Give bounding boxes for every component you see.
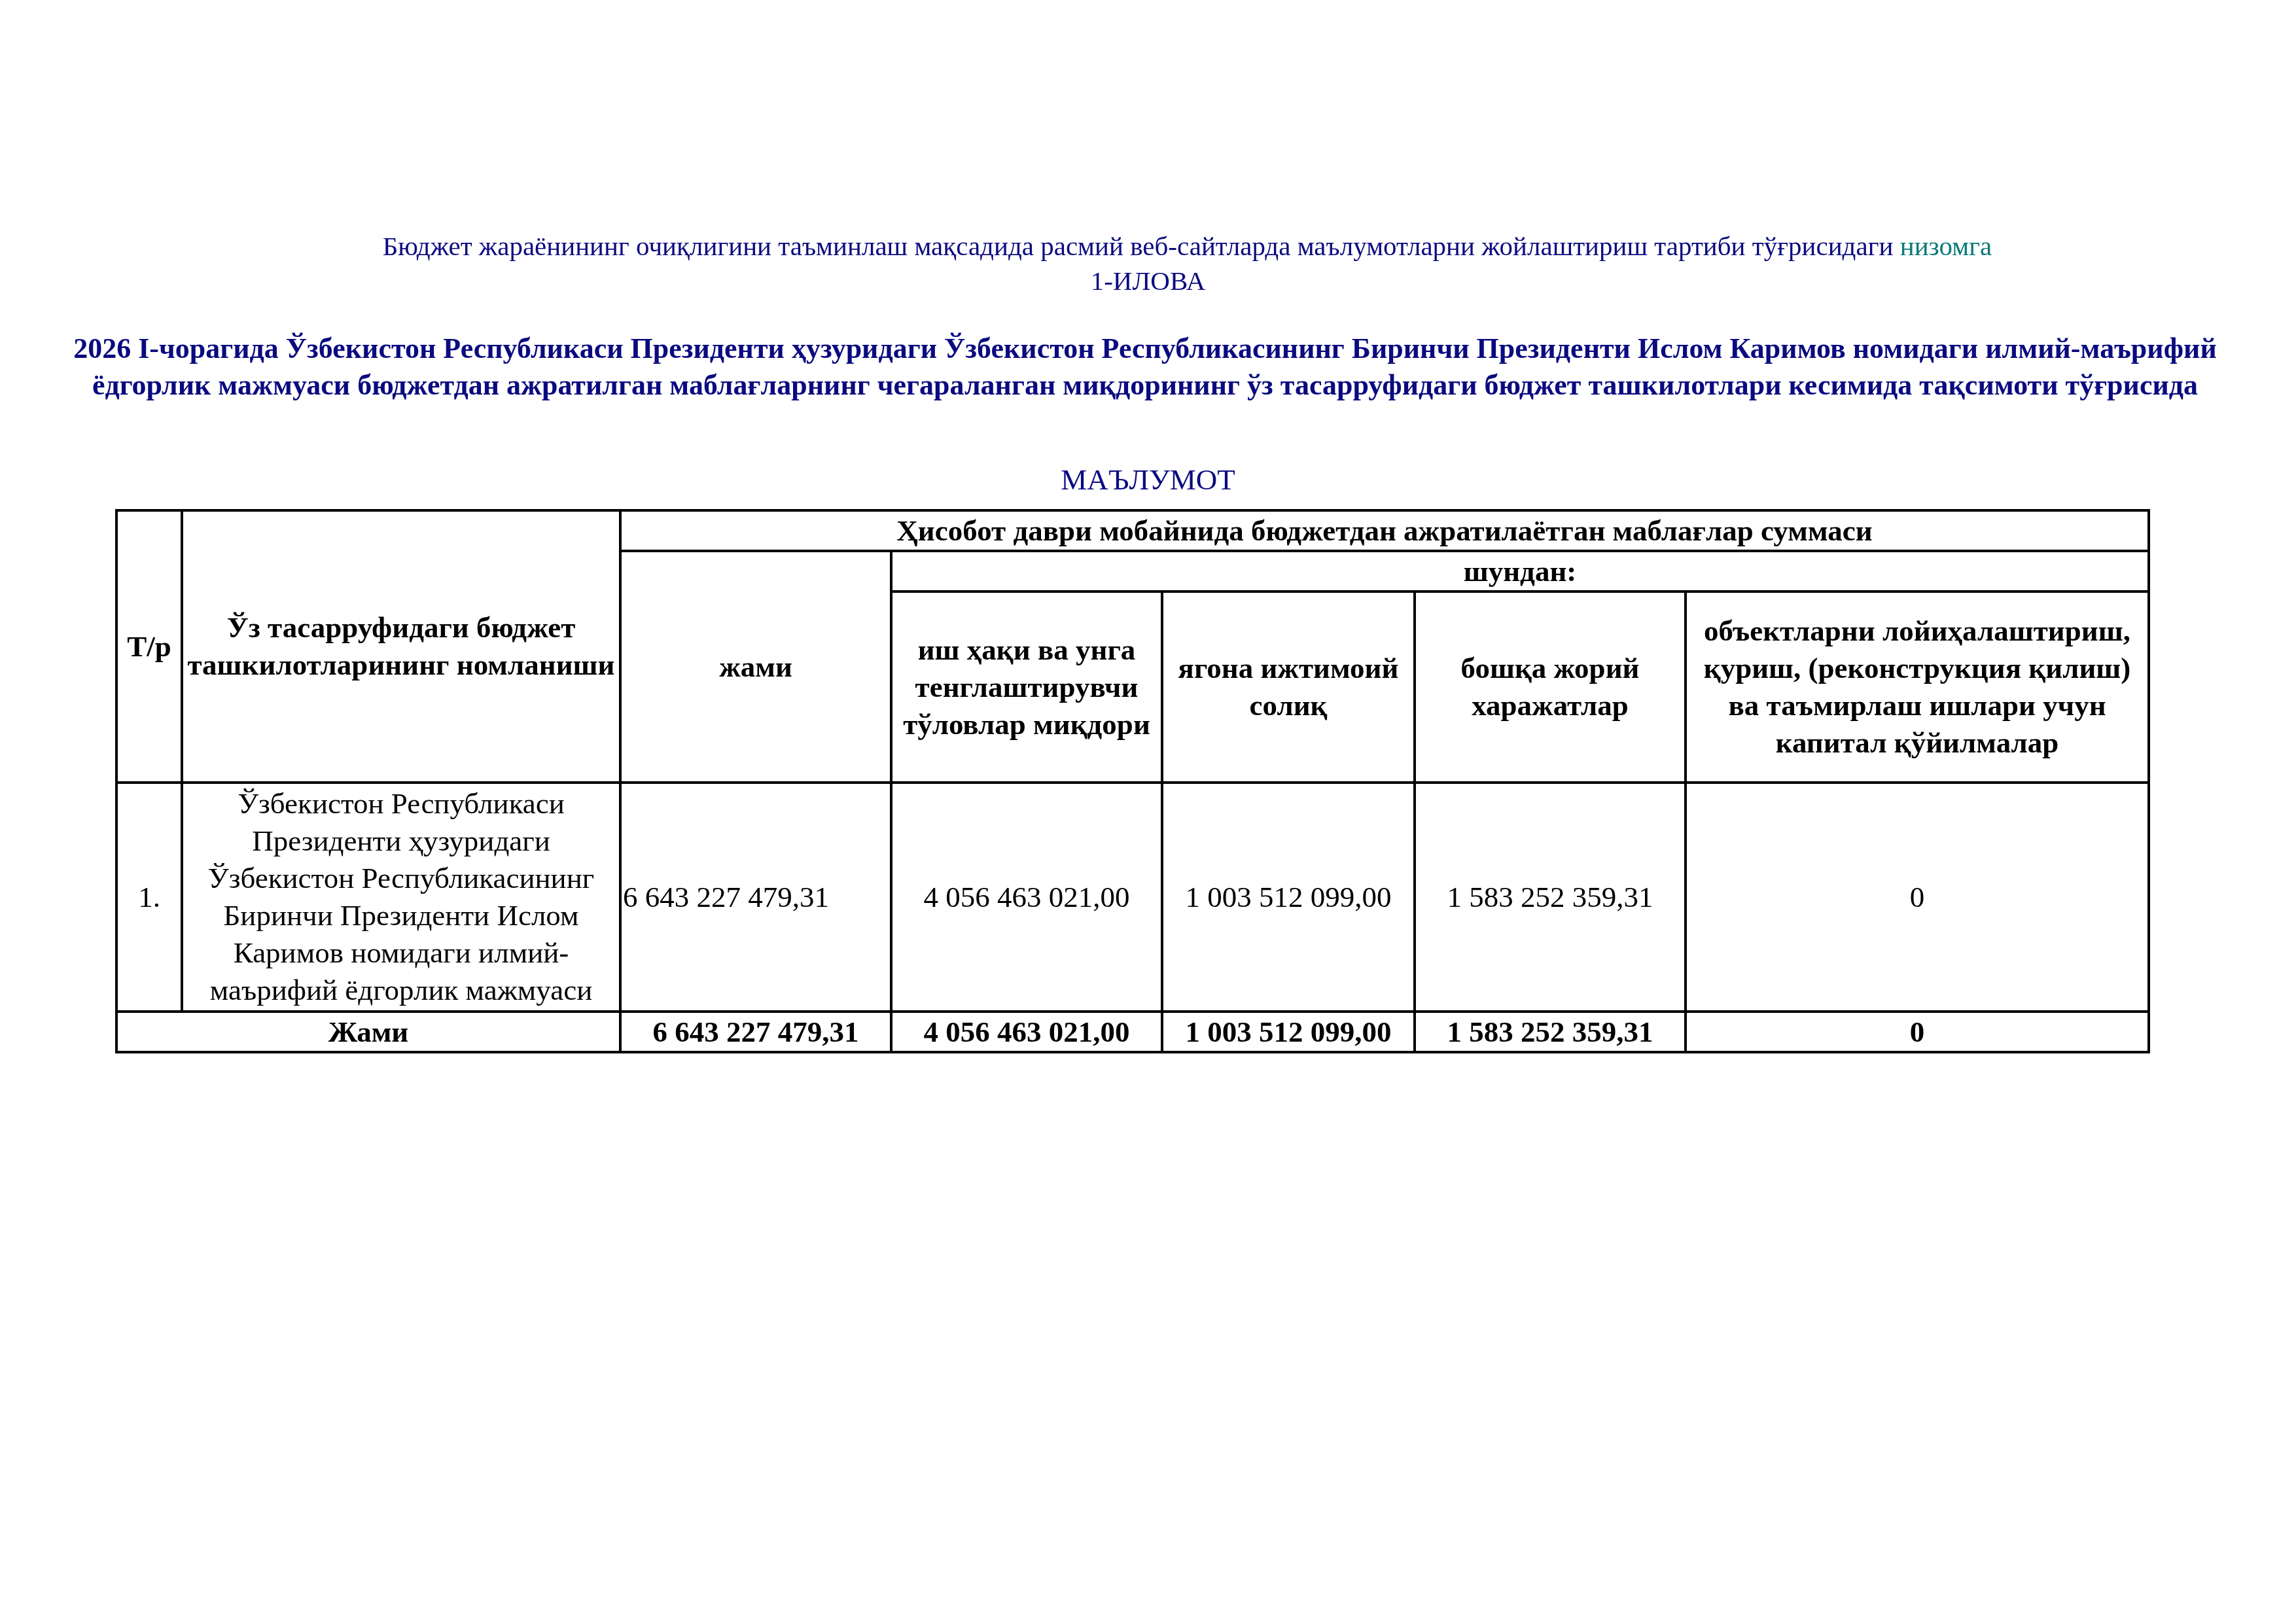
table-row: 1. Ўзбекистон Республикаси Президенти ҳу…: [116, 783, 2149, 1012]
document-title: 2026 I-чорагида Ўзбекистон Республикаси …: [65, 330, 2225, 404]
header-index: Т/р: [116, 510, 182, 783]
header-capital-investment: объектларни лойиҳалаштириш, қуриш, (реко…: [1686, 591, 2149, 783]
totals-label: Жами: [116, 1012, 620, 1052]
header-org-name: Ўз тасарруфидаги бюджет ташкилотларининг…: [182, 510, 620, 783]
annex-reference: Бюджет жараёнининг очиқлигини таъминлаш …: [39, 229, 2296, 263]
row-salary: 4 056 463 021,00: [891, 783, 1162, 1012]
totals-social-tax: 1 003 512 099,00: [1162, 1012, 1415, 1052]
row-org-name: Ўзбекистон Республикаси Президенти ҳузур…: [182, 783, 620, 1012]
row-social-tax: 1 003 512 099,00: [1162, 783, 1415, 1012]
row-other-expenses: 1 583 252 359,31: [1415, 783, 1686, 1012]
header-salary: иш ҳақи ва унга тенглаштирувчи тўловлар …: [891, 591, 1162, 783]
totals-capital-investment: 0: [1686, 1012, 2149, 1052]
annex-reference-text: Бюджет жараёнининг очиқлигини таъминлаш …: [383, 231, 1894, 261]
header-group-allocated-funds: Ҳисобот даври мобайнида бюджетдан ажрати…: [620, 510, 2149, 551]
header-other-expenses: бошқа жорий харажатлар: [1415, 591, 1686, 783]
regulation-link[interactable]: низомга: [1900, 231, 1992, 261]
row-index: 1.: [116, 783, 182, 1012]
row-capital-investment: 0: [1686, 783, 2149, 1012]
annex-number: 1-ИЛОВА: [0, 264, 2296, 298]
totals-row: Жами 6 643 227 479,31 4 056 463 021,00 1…: [116, 1012, 2149, 1052]
header-social-tax: ягона ижтимоий солиқ: [1162, 591, 1415, 783]
totals-total: 6 643 227 479,31: [620, 1012, 891, 1052]
document-subtitle: МАЪЛУМОТ: [0, 461, 2296, 498]
totals-salary: 4 056 463 021,00: [891, 1012, 1162, 1052]
header-subgroup-of-which: шундан:: [891, 551, 2149, 591]
totals-other-expenses: 1 583 252 359,31: [1415, 1012, 1686, 1052]
budget-allocation-table: Т/р Ўз тасарруфидаги бюджет ташкилотлари…: [115, 509, 2150, 1053]
header-total: жами: [620, 551, 891, 783]
row-total: 6 643 227 479,31: [620, 783, 891, 1012]
